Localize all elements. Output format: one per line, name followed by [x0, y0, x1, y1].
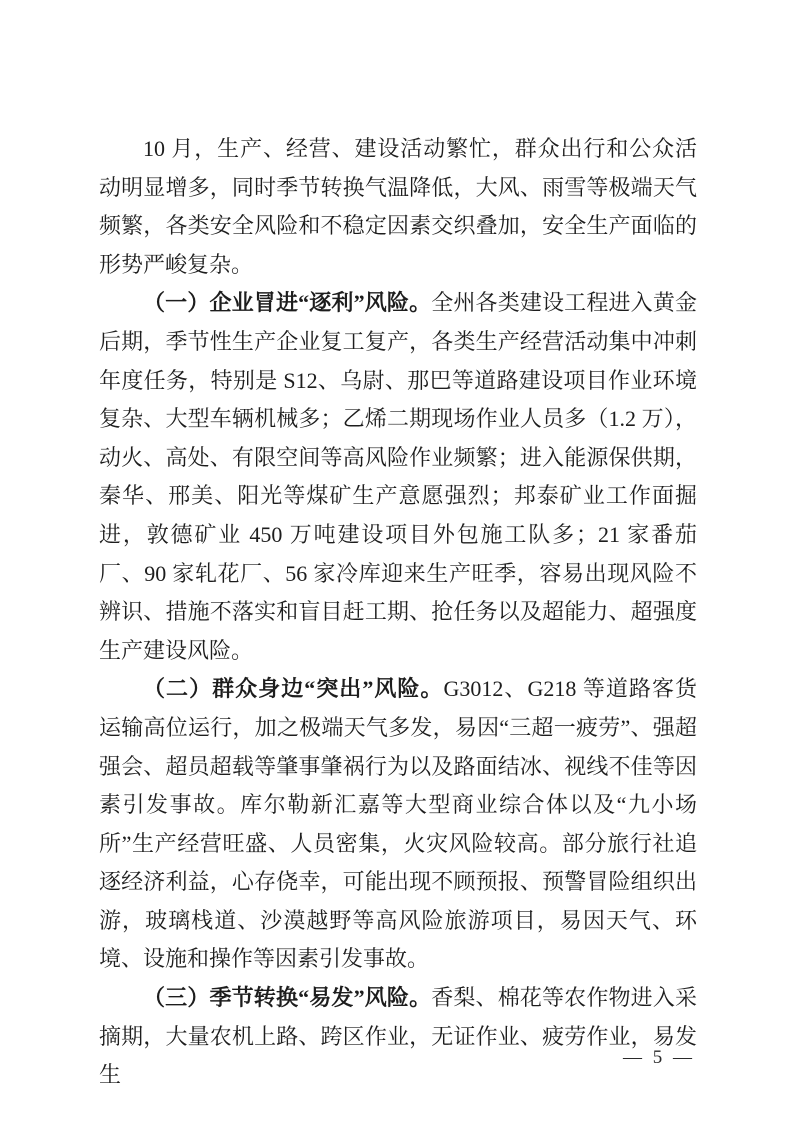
section-2-heading: （二）群众身边“突出”风险。	[143, 676, 443, 701]
section-3-paragraph: （三）季节转换“易发”风险。香梨、棉花等农作物进入采摘期，大量农机上路、跨区作业…	[99, 979, 697, 1095]
section-2-paragraph: （二）群众身边“突出”风险。G3012、G218 等道路客货运输高位运行，加之极…	[99, 670, 697, 979]
intro-paragraph-text: 10 月，生产、经营、建设活动繁忙，群众出行和公众活动明显增多，同时季节转换气温…	[99, 136, 697, 277]
section-1-paragraph: （一）企业冒进“逐利”风险。全州各类建设工程进入黄金后期，季节性生产企业复工复产…	[99, 284, 697, 670]
section-2-text: G3012、G218 等道路客货运输高位运行，加之极端天气多发，易因“三超一疲劳…	[99, 676, 697, 971]
section-1-heading: （一）企业冒进“逐利”风险。	[143, 290, 431, 315]
page-number: — 5 —	[623, 1047, 695, 1069]
document-body: 10 月，生产、经营、建设活动繁忙，群众出行和公众活动明显增多，同时季节转换气温…	[99, 130, 697, 1095]
section-1-text: 全州各类建设工程进入黄金后期，季节性生产企业复工复产，各类生产经营活动集中冲刺年…	[99, 290, 697, 662]
document-page: 10 月，生产、经营、建设活动繁忙，群众出行和公众活动明显增多，同时季节转换气温…	[0, 0, 793, 1122]
intro-paragraph: 10 月，生产、经营、建设活动繁忙，群众出行和公众活动明显增多，同时季节转换气温…	[99, 130, 697, 284]
section-3-heading: （三）季节转换“易发”风险。	[143, 985, 431, 1010]
